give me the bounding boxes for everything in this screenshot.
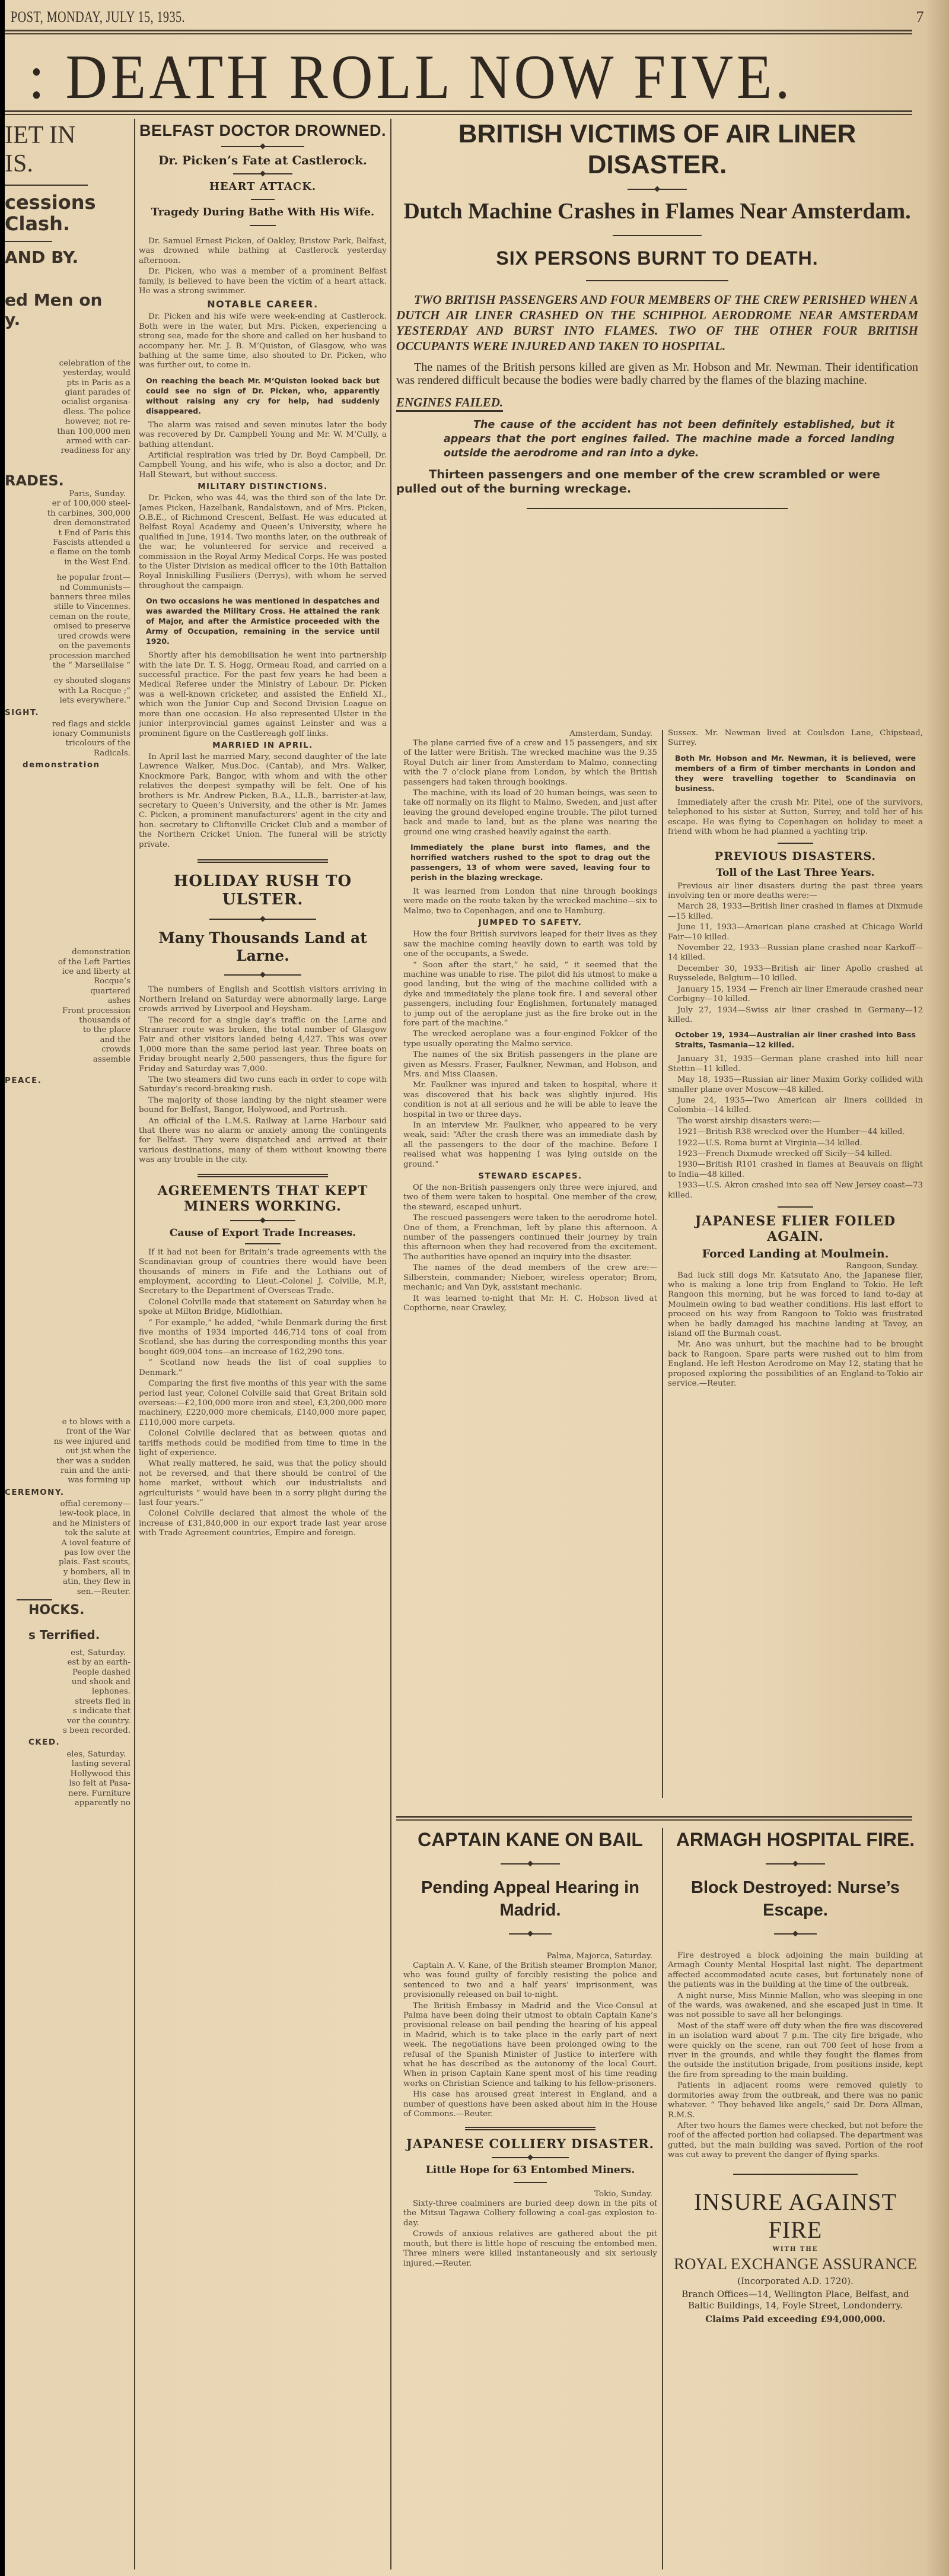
divider	[501, 1863, 560, 1864]
text-line: dren demonstrated	[5, 519, 130, 528]
paragraph: Mr. Faulkner was injured and taken to ho…	[403, 1081, 657, 1120]
left-clipped-column: IET IN IS. cessions Clash. AND BY. ed Me…	[5, 119, 130, 2569]
headline: AGREEMENTS THAT KEPT MINERS WORKING.	[139, 1183, 387, 1215]
text-line: assemble	[5, 1055, 130, 1065]
text-line: however, not re-	[5, 417, 130, 427]
list-item: January 31, 1935—German plane crashed in…	[668, 1054, 923, 1074]
list-item: November 22, 1933—Russian plane crashed …	[668, 944, 923, 963]
text-line: ice and liberty at	[5, 967, 130, 977]
paragraph: Captain A. V. Kane, of the British steam…	[403, 1961, 657, 2000]
text-line: armed with car-	[5, 437, 130, 446]
divider	[774, 1933, 817, 1935]
paragraph: The record for a single day’s traffic on…	[139, 1016, 387, 1074]
headline: CAPTAIN KANE ON BAIL	[403, 1828, 657, 1851]
text-line: th carbines, 300,000	[5, 509, 130, 519]
text-line: und shook and	[5, 1678, 130, 1687]
paragraph: Of the non-British passengers only three…	[403, 1183, 657, 1212]
banner-rule	[5, 110, 912, 115]
text-line: on the pavements	[5, 641, 130, 651]
paragraph: His case has aroused great interest in E…	[403, 2090, 657, 2119]
text-line: stille to Vincennes.	[5, 602, 130, 612]
fragment-bold: demonstration	[23, 761, 130, 770]
divider	[492, 2157, 569, 2158]
dateline: Tokio, Sunday.	[403, 2189, 657, 2199]
bold-paragraph: On reaching the beach Mr. M‘Quiston look…	[146, 376, 380, 416]
page-edge-shade	[925, 0, 949, 2576]
divider	[628, 189, 687, 190]
fragment-paragraph: ey shouted sloganswith La Rocque ;”iets …	[5, 676, 130, 706]
paragraph: The numbers of English and Scottish visi…	[139, 985, 387, 1014]
masthead-rule	[5, 30, 912, 34]
text-line: offial ceremony—	[5, 1500, 130, 1509]
dateline: Palma, Majorca, Saturday.	[403, 1951, 657, 1961]
fragment-head-shocks: HOCKS.	[28, 1603, 130, 1618]
text-line: Rocque’s	[5, 977, 130, 986]
text-line: and he Ministers of	[5, 1519, 130, 1529]
divider	[613, 235, 702, 236]
divider	[733, 2174, 858, 2175]
bold-paragraph: Both Mr. Hobson and Mr. Newman, it is be…	[675, 753, 916, 793]
fragment-and-by: AND BY.	[5, 248, 130, 267]
divider	[586, 280, 728, 281]
article-previous-disasters: PREVIOUS DISASTERS. Toll of the Last Thr…	[668, 850, 923, 1200]
advert-title: INSURE AGAINST FIRE	[668, 2188, 923, 2244]
column-kane-colliery: CAPTAIN KANE ON BAIL Pending Appeal Hear…	[403, 1828, 657, 2569]
fragment-men: ed Men on y.	[5, 291, 130, 329]
dateline: Paris, Sunday.	[5, 489, 130, 499]
italic-paragraph: The cause of the accident has not been d…	[444, 418, 894, 460]
fragment-head-sight: SIGHT.	[5, 709, 130, 717]
text-line: demonstration	[5, 948, 130, 957]
divider	[221, 146, 304, 147]
divider	[233, 173, 292, 174]
paragraph: A night nurse, Miss Minnie Mallon, who w…	[668, 1991, 923, 2021]
subheadline: Cause of Export Trade Increases.	[139, 1227, 387, 1239]
text-line: celebration of the	[5, 359, 130, 369]
fragment-head-ceremony: CEREMONY.	[5, 1488, 130, 1497]
divider	[465, 2127, 595, 2130]
text-line: ns wee injured and	[5, 1437, 130, 1447]
paragraph: Artificial respiration was tried by Dr. …	[139, 451, 387, 480]
disaster-list: March 28, 1933—British liner crashed in …	[668, 902, 923, 1025]
paragraph: It was learned from London that nine thr…	[403, 887, 657, 916]
subheadline: Pending Appeal Hearing in Madrid.	[403, 1876, 657, 1921]
advert-incorporated: (Incorporated A.D. 1720).	[668, 2276, 923, 2286]
newspaper-page: POST, MONDAY, JULY 15, 1935. 7 : DEATH R…	[5, 0, 949, 2576]
text-line: lasting several	[5, 1759, 130, 1769]
paragraph: If it had not been for Britain’s trade a…	[139, 1248, 387, 1297]
text-line: in the West End.	[5, 558, 130, 567]
list-item: May 18, 1935—Russian air liner Maxim Gor…	[668, 1075, 923, 1095]
masthead-date: POST, MONDAY, JULY 15, 1935.	[11, 8, 185, 26]
dateline: Rangoon, Sunday.	[668, 1261, 923, 1271]
text-line: streets fled in	[5, 1697, 130, 1707]
bold-paragraph: Immediately the plane burst into flames,…	[410, 842, 650, 882]
text-line: People dashed	[5, 1668, 130, 1678]
text-line: pts in Paris as a	[5, 379, 130, 388]
fragment-head-rocked: CKED.	[28, 1738, 130, 1747]
text-line: procession marched	[5, 652, 130, 661]
section-head: JUMPED TO SAFETY.	[403, 919, 657, 928]
text-line: lephones.	[5, 1687, 130, 1697]
text-line: ured crowds were	[5, 632, 130, 641]
text-line: tricolours of the	[5, 739, 130, 748]
divider	[766, 1863, 825, 1864]
divider	[245, 1243, 281, 1244]
paragraph: Comparing the first five months of this …	[139, 1379, 387, 1428]
article-holiday-rush: HOLIDAY RUSH TO ULSTER. Many Thousands L…	[139, 872, 387, 1165]
text-line: s been recorded.	[5, 1726, 130, 1736]
fragment-subhead: cessions Clash.	[5, 192, 130, 236]
paragraph: Dr. Samuel Ernest Picken, of Oakley, Bri…	[139, 237, 387, 266]
text-line: yesterday, would	[5, 369, 130, 378]
text-line: pas low over the	[5, 1548, 130, 1558]
airship-list: 1921—British R38 wrecked over the Humber…	[668, 1127, 923, 1200]
lead-paragraph: The names of the British persons killed …	[396, 361, 918, 387]
headline: JAPANESE FLIER FOILED AGAIN.	[668, 1214, 923, 1245]
text-line: banners three miles	[5, 593, 130, 602]
subheadline: Toll of the Last Three Years.	[668, 867, 923, 879]
paragraph: After two hours the flames were checked,…	[668, 2121, 923, 2161]
paragraph: Patients in adjacent rooms were removed …	[668, 2081, 923, 2120]
paragraph: Sussex. Mr. Newman lived at Coulsdon Lan…	[668, 729, 923, 748]
list-item: December 30, 1933—British air liner Apol…	[668, 964, 923, 984]
text-line: iets everywhere.”	[5, 696, 130, 706]
subheadline: Tragedy During Bathe With His Wife.	[139, 206, 387, 219]
column-two: BELFAST DOCTOR DROWNED. Dr. Picken’s Fat…	[139, 119, 387, 2569]
list-item: 1921—British R38 wrecked over the Humber…	[668, 1127, 923, 1137]
text-line: the “ Marseillaise ”	[5, 661, 130, 671]
list-item: June 11, 1933—American plane crashed at …	[668, 923, 923, 942]
paragraph: The machine, with its load of 20 human b…	[403, 789, 657, 837]
dateline: eles, Saturday.	[5, 1749, 130, 1759]
fragment-paragraph: offial ceremony—iew-took place, inand he…	[5, 1500, 130, 1597]
text-line: ceman on the route,	[5, 612, 130, 622]
lead-paragraph: Thirteen passengers and one member of th…	[396, 468, 918, 496]
fragment-paragraph: he popular front—nd Communists—banners t…	[5, 573, 130, 671]
divider	[251, 199, 275, 200]
air-disaster-body-right: Sussex. Mr. Newman lived at Coulsdon Lan…	[668, 729, 923, 1785]
subheadline: SIX PERSONS BURNT TO DEATH.	[396, 247, 918, 269]
subheadline: Forced Landing at Moulmein.	[668, 1247, 923, 1261]
dateline: est, Saturday.	[5, 1648, 130, 1658]
text-line: tok the salute at	[5, 1529, 130, 1538]
advert-branches: Branch Offices—14, Wellington Place, Bel…	[674, 2289, 917, 2311]
list-item: June 24, 1935—Two American air liners co…	[668, 1096, 923, 1116]
text-line: thousands of	[5, 1016, 130, 1025]
paragraph: “ Scotland now heads the list of coal su…	[139, 1358, 387, 1378]
divider	[778, 1206, 813, 1208]
text-line: and the	[5, 1036, 130, 1045]
paragraph: Colonel Colville declared that as betwee…	[139, 1429, 387, 1458]
text-line: e to blows with a	[5, 1418, 130, 1427]
paragraph: How the four British survivors leaped fo…	[403, 930, 657, 959]
text-line: iew-took place, in	[5, 1509, 130, 1519]
text-line: was forming up	[5, 1476, 130, 1485]
advert-royal-exchange: INSURE AGAINST FIRE WITH THE ROYAL EXCHA…	[668, 2188, 923, 2324]
text-line: apparently no	[5, 1799, 130, 1808]
text-line: giant parades of	[5, 388, 130, 398]
text-line: ey shouted slogans	[5, 676, 130, 686]
text-line: Fascists attended a	[5, 538, 130, 548]
subheadline: Dr. Picken’s Fate at Castlerock.	[139, 153, 387, 167]
paragraph: Dr. Picken and his wife were week-ending…	[139, 312, 387, 370]
text-line: red flags and sickle	[5, 720, 130, 729]
fragment-headline: IET IN IS.	[5, 121, 130, 179]
column-rule	[390, 119, 391, 2569]
headline: PREVIOUS DISASTERS.	[668, 850, 923, 863]
advert-company: ROYAL EXCHANGE ASSURANCE	[668, 2255, 923, 2273]
paragraph: The wrecked aeroplane was a four-engined…	[403, 1030, 657, 1049]
paragraph: Sixty-three coalminers are buried deep d…	[403, 2199, 657, 2228]
text-line: atin, they flew in	[5, 1577, 130, 1587]
list-item: 1922—U.S. Roma burnt at Virginia—34 kill…	[668, 1139, 923, 1148]
paragraph: Fire destroyed a block adjoining the mai…	[668, 1951, 923, 1990]
advert-claims: Claims Paid exceeding £94,000,000.	[668, 2314, 923, 2324]
text-line: dless. The police	[5, 408, 130, 417]
text-line: he popular front—	[5, 573, 130, 583]
text-line: readiness for any	[5, 446, 130, 456]
paragraph: In April last he married Mary, second da…	[139, 752, 387, 850]
section-head: ENGINES FAILED.	[396, 395, 503, 412]
text-line: plais. Fast scouts,	[5, 1558, 130, 1567]
subheadline: Dutch Machine Crashes in Flames Near Ams…	[396, 198, 918, 224]
divider	[250, 225, 276, 226]
subheadline: Many Thousands Land at Larne.	[139, 929, 387, 965]
text-line: Radicals.	[5, 749, 130, 758]
text-line: quartered	[5, 987, 130, 996]
paragraph: The names of the dead members of the cre…	[403, 1263, 657, 1292]
fragment-paragraph: demonstrationof the Left Partiesice and …	[5, 948, 130, 1065]
list-item: 1930—British R101 crashed in flames at B…	[668, 1160, 923, 1180]
divider	[509, 1933, 552, 1935]
headline: HOLIDAY RUSH TO ULSTER.	[139, 872, 387, 909]
article-belfast-doctor: BELFAST DOCTOR DROWNED. Dr. Picken’s Fat…	[139, 122, 387, 850]
column-rule	[662, 1828, 663, 2569]
bold-list-item: October 19, 1934—Australian air liner cr…	[675, 1030, 916, 1050]
paragraph: Colonel Colville made that statement on …	[139, 1298, 387, 1317]
paragraph: Mr. Ano was unhurt, but the machine had …	[668, 1340, 923, 1389]
fragment-head-terrified: s Terrified.	[28, 1628, 130, 1642]
text-line: rain and the anti-	[5, 1466, 130, 1476]
paragraph: Dr. Picken, who was 44, was the third so…	[139, 494, 387, 591]
advert-with-the: WITH THE	[668, 2246, 923, 2253]
text-line: with La Rocque ;”	[5, 687, 130, 696]
list-item: March 28, 1933—British liner crashed in …	[668, 902, 923, 922]
paragraph: Bad luck still dogs Mr. Katsutato Ano, t…	[668, 1271, 923, 1339]
text-line: nd Communists—	[5, 583, 130, 593]
text-line: crowds	[5, 1045, 130, 1054]
section-head: NOTABLE CAREER.	[139, 298, 387, 310]
text-line: than 100,000 men	[5, 427, 130, 437]
article-armagh-fire: ARMAGH HOSPITAL FIRE. Block Destroyed: N…	[668, 1828, 923, 2161]
fragment-paragraph: er of 100,000 steel-th carbines, 300,000…	[5, 499, 130, 567]
divider	[224, 974, 301, 976]
headline: ARMAGH HOSPITAL FIRE.	[668, 1828, 923, 1851]
paragraph: Most of the staff were off duty when the…	[668, 2022, 923, 2080]
text-line: Hollywood this	[5, 1770, 130, 1779]
text-line: ocialist organisa-	[5, 398, 130, 407]
divider	[5, 241, 52, 242]
divider	[514, 2182, 547, 2183]
text-line: ther was a sudden	[5, 1457, 130, 1466]
paragraph: An official of the L.M.S. Railway at Lar…	[139, 1117, 387, 1165]
column-armagh-advert: ARMAGH HOSPITAL FIRE. Block Destroyed: N…	[668, 1828, 923, 2569]
fragment-paragraph: lasting severalHollywood thislso felt at…	[5, 1759, 130, 1808]
divider	[230, 1220, 295, 1221]
section-head: MILITARY DISTINCTIONS.	[139, 482, 387, 491]
divider	[17, 1599, 52, 1600]
text-line: out jst when the	[5, 1447, 130, 1456]
text-line: omised to preserve	[5, 622, 130, 631]
column-rule	[662, 730, 663, 1798]
divider	[198, 1174, 328, 1177]
paragraph: The plane carried five of a crew and 15 …	[403, 739, 657, 787]
paragraph: What really mattered, he said, was that …	[139, 1459, 387, 1508]
banner-headline: : DEATH ROLL NOW FIVE.	[28, 47, 869, 107]
divider	[5, 185, 88, 186]
paragraph: It was learned to-night that Mr. H. C. H…	[403, 1294, 657, 1314]
divider	[209, 919, 316, 920]
section-rule	[396, 1816, 912, 1821]
text-line: sen.—Reuter.	[5, 1587, 130, 1597]
text-line: t End of Paris this	[5, 529, 130, 538]
paragraph: Crowds of anxious relatives are gathered…	[403, 2229, 657, 2269]
text-line: y bombers, all in	[5, 1568, 130, 1577]
headline: BRITISH VICTIMS OF AIR LINER DISASTER.	[396, 119, 918, 180]
disaster-list: January 31, 1935—German plane crashed in…	[668, 1054, 923, 1115]
text-line: Front procession	[5, 1006, 130, 1016]
text-line: e flame on the tomb	[5, 548, 130, 557]
bold-paragraph: On two occasions he was mentioned in des…	[146, 596, 380, 646]
paragraph: The majority of those landing by the nig…	[139, 1096, 387, 1116]
article-air-liner-disaster: BRITISH VICTIMS OF AIR LINER DISASTER. D…	[396, 119, 918, 730]
text-line: of the Left Parties	[5, 958, 130, 967]
text-line: est by an earth-	[5, 1658, 130, 1667]
paragraph: In an interview Mr. Faulkner, who appear…	[403, 1121, 657, 1170]
subheadline: Block Destroyed: Nurse’s Escape.	[668, 1876, 923, 1921]
text-line: ionary Communists	[5, 729, 130, 739]
text-line: lso felt at Pasa-	[5, 1779, 130, 1789]
fragment-head-rades: RADES.	[5, 473, 130, 490]
paragraph: Shortly after his demobilisation he went…	[139, 651, 387, 739]
column-rule	[134, 119, 135, 2569]
paragraph: The rescued passengers were taken to the…	[403, 1214, 657, 1262]
paragraph: “ For example,” he added, “while Denmark…	[139, 1319, 387, 1358]
text-line: ashes	[5, 996, 130, 1006]
divider	[778, 843, 813, 844]
page-number: 7	[916, 8, 925, 26]
list-item: 1923—French Dixmude wrecked off Sicily—5…	[668, 1149, 923, 1159]
paragraph: The names of the six British passengers …	[403, 1050, 657, 1079]
article-japanese-flier: JAPANESE FLIER FOILED AGAIN. Forced Land…	[668, 1214, 923, 1389]
paragraph: Immediately after the crash Mr. Pitel, o…	[668, 798, 923, 837]
fragment-paragraph: celebration of theyesterday, wouldpts in…	[5, 359, 130, 456]
fragment-head-peace: PEACE.	[5, 1076, 130, 1085]
paragraph: The alarm was raised and seven minutes l…	[139, 421, 387, 450]
paragraph: The British Embassy in Madrid and the Vi…	[403, 2002, 657, 2089]
air-disaster-body-left: Amsterdam, Sunday. The plane carried fiv…	[403, 729, 657, 1785]
text-line: A iovel feature of	[5, 1539, 130, 1548]
article-captain-kane: CAPTAIN KANE ON BAIL Pending Appeal Hear…	[403, 1828, 657, 2120]
list-item: January 15, 1934 — French air liner Emer…	[668, 985, 923, 1005]
divider	[527, 508, 788, 509]
dateline: Amsterdam, Sunday.	[403, 729, 657, 739]
text-line: s indicate that	[5, 1707, 130, 1716]
section-head: MARRIED IN APRIL.	[139, 741, 387, 750]
headline: BELFAST DOCTOR DROWNED.	[139, 122, 387, 140]
divider	[198, 859, 328, 863]
article-agreements: AGREEMENTS THAT KEPT MINERS WORKING. Cau…	[139, 1183, 387, 1539]
text-line: front of the War	[5, 1427, 130, 1437]
paragraph: The worst airship disasters were:—	[668, 1117, 923, 1126]
list-item: July 27, 1934—Swiss air liner crashed in…	[668, 1006, 923, 1025]
fragment-paragraph: e to blows with afront of the Warns wee …	[5, 1418, 130, 1486]
paragraph: Previous air liner disasters during the …	[668, 882, 923, 901]
fragment-paragraph: est by an earth-People dashedund shook a…	[5, 1658, 130, 1736]
text-line: ver the country.	[5, 1717, 130, 1726]
paragraph: Colonel Colville declared that almost th…	[139, 1509, 387, 1538]
article-japanese-colliery: JAPANESE COLLIERY DISASTER. Little Hope …	[403, 2136, 657, 2269]
paragraph: “ Soon after the start,” he said, “ it s…	[403, 961, 657, 1029]
fragment-paragraph: red flags and sickleionary Communiststri…	[5, 720, 130, 759]
subheadline: HEART ATTACK.	[139, 180, 387, 193]
paragraph: The two steamers did two runs each in or…	[139, 1075, 387, 1095]
text-line: to the place	[5, 1025, 130, 1035]
masthead: POST, MONDAY, JULY 15, 1935. 7	[11, 6, 942, 30]
list-item: 1933—U.S. Akron crashed into sea off New…	[668, 1181, 923, 1200]
text-line: nere. Furniture	[5, 1789, 130, 1799]
paragraph: Dr. Picken, who was a member of a promin…	[139, 267, 387, 296]
subheadline: Little Hope for 63 Entombed Miners.	[403, 2164, 657, 2176]
headline: JAPANESE COLLIERY DISASTER.	[403, 2136, 657, 2151]
section-head: STEWARD ESCAPES.	[403, 1172, 657, 1181]
intro-paragraph: TWO BRITISH PASSENGERS AND FOUR MEMBERS …	[396, 292, 918, 354]
text-line: er of 100,000 steel-	[5, 499, 130, 509]
